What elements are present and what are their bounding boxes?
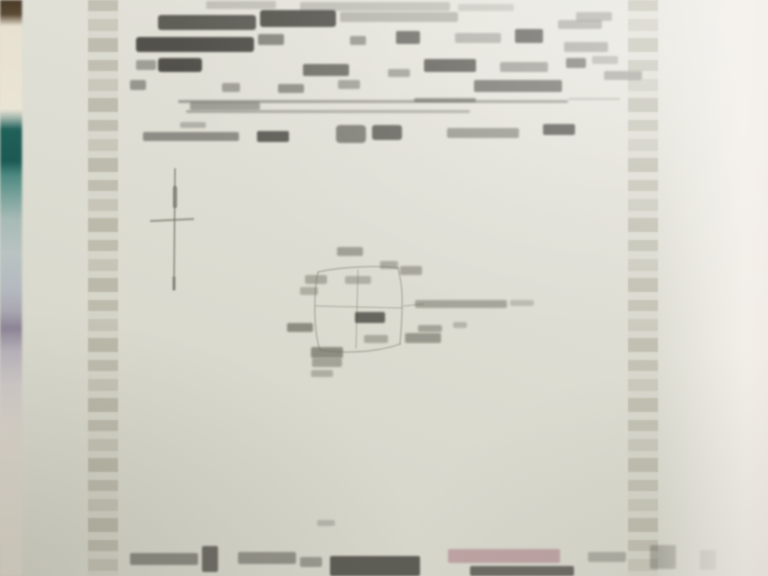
document-photo <box>0 0 768 576</box>
ink-mark <box>317 520 335 526</box>
pencil-mark <box>311 347 343 358</box>
ink-mark <box>414 98 476 102</box>
ink-mark <box>455 33 501 43</box>
ink-mark <box>158 58 202 72</box>
pencil-mark <box>300 287 318 295</box>
ink-mark <box>300 557 322 567</box>
ink-mark <box>136 37 254 52</box>
pencil-mark <box>364 335 388 343</box>
ink-mark <box>566 58 586 68</box>
ink-mark <box>340 12 458 22</box>
ink-mark <box>143 132 239 141</box>
pencil-mark <box>418 325 442 332</box>
pencil-mark <box>312 358 342 367</box>
ink-mark <box>222 83 240 92</box>
ink-mark <box>500 62 548 72</box>
stamp-mark <box>448 549 560 563</box>
pencil-mark <box>287 323 313 332</box>
ink-mark <box>338 80 360 89</box>
ink-mark <box>447 128 519 138</box>
pencil-mark <box>337 247 363 256</box>
ink-mark <box>543 124 575 135</box>
pencil-mark <box>405 333 441 343</box>
parcel-number <box>355 312 385 323</box>
ink-mark <box>336 125 366 143</box>
pencil-mark <box>305 275 327 284</box>
ink-mark <box>558 20 602 29</box>
ink-mark <box>260 10 336 27</box>
ink-mark <box>592 56 618 64</box>
ink-mark <box>257 131 289 142</box>
ink-mark <box>650 545 676 569</box>
ruled-line <box>186 110 470 113</box>
ink-mark <box>396 31 420 44</box>
ink-mark <box>158 15 256 30</box>
pencil-mark <box>345 276 371 284</box>
ink-mark <box>372 125 402 140</box>
ruled-line <box>568 98 620 100</box>
ink-mark <box>130 80 146 90</box>
ink-mark <box>130 553 198 565</box>
ink-mark <box>474 80 562 92</box>
pencil-mark <box>453 322 467 328</box>
ink-mark <box>278 84 304 93</box>
ink-mark <box>424 59 476 72</box>
handwriting-layer <box>0 0 768 576</box>
ink-mark <box>350 36 366 45</box>
ink-mark <box>330 556 420 576</box>
pencil-mark <box>510 300 534 306</box>
ink-mark <box>588 552 626 562</box>
ink-mark <box>458 4 514 11</box>
pencil-mark <box>311 370 333 377</box>
ink-mark <box>564 42 608 52</box>
ink-mark <box>258 34 284 45</box>
boundary-text <box>415 300 507 308</box>
ink-mark <box>470 566 574 576</box>
ink-mark <box>388 69 410 77</box>
ink-mark <box>303 64 349 76</box>
pencil-mark <box>400 266 422 275</box>
ink-mark <box>238 552 296 564</box>
ink-mark <box>604 71 642 80</box>
ink-mark <box>202 546 218 572</box>
ink-mark <box>180 122 206 128</box>
ink-mark <box>136 60 156 70</box>
ink-mark <box>206 1 276 9</box>
ink-mark <box>190 102 260 110</box>
ink-mark <box>700 550 716 570</box>
ink-mark <box>515 29 543 43</box>
pencil-mark <box>380 261 398 269</box>
